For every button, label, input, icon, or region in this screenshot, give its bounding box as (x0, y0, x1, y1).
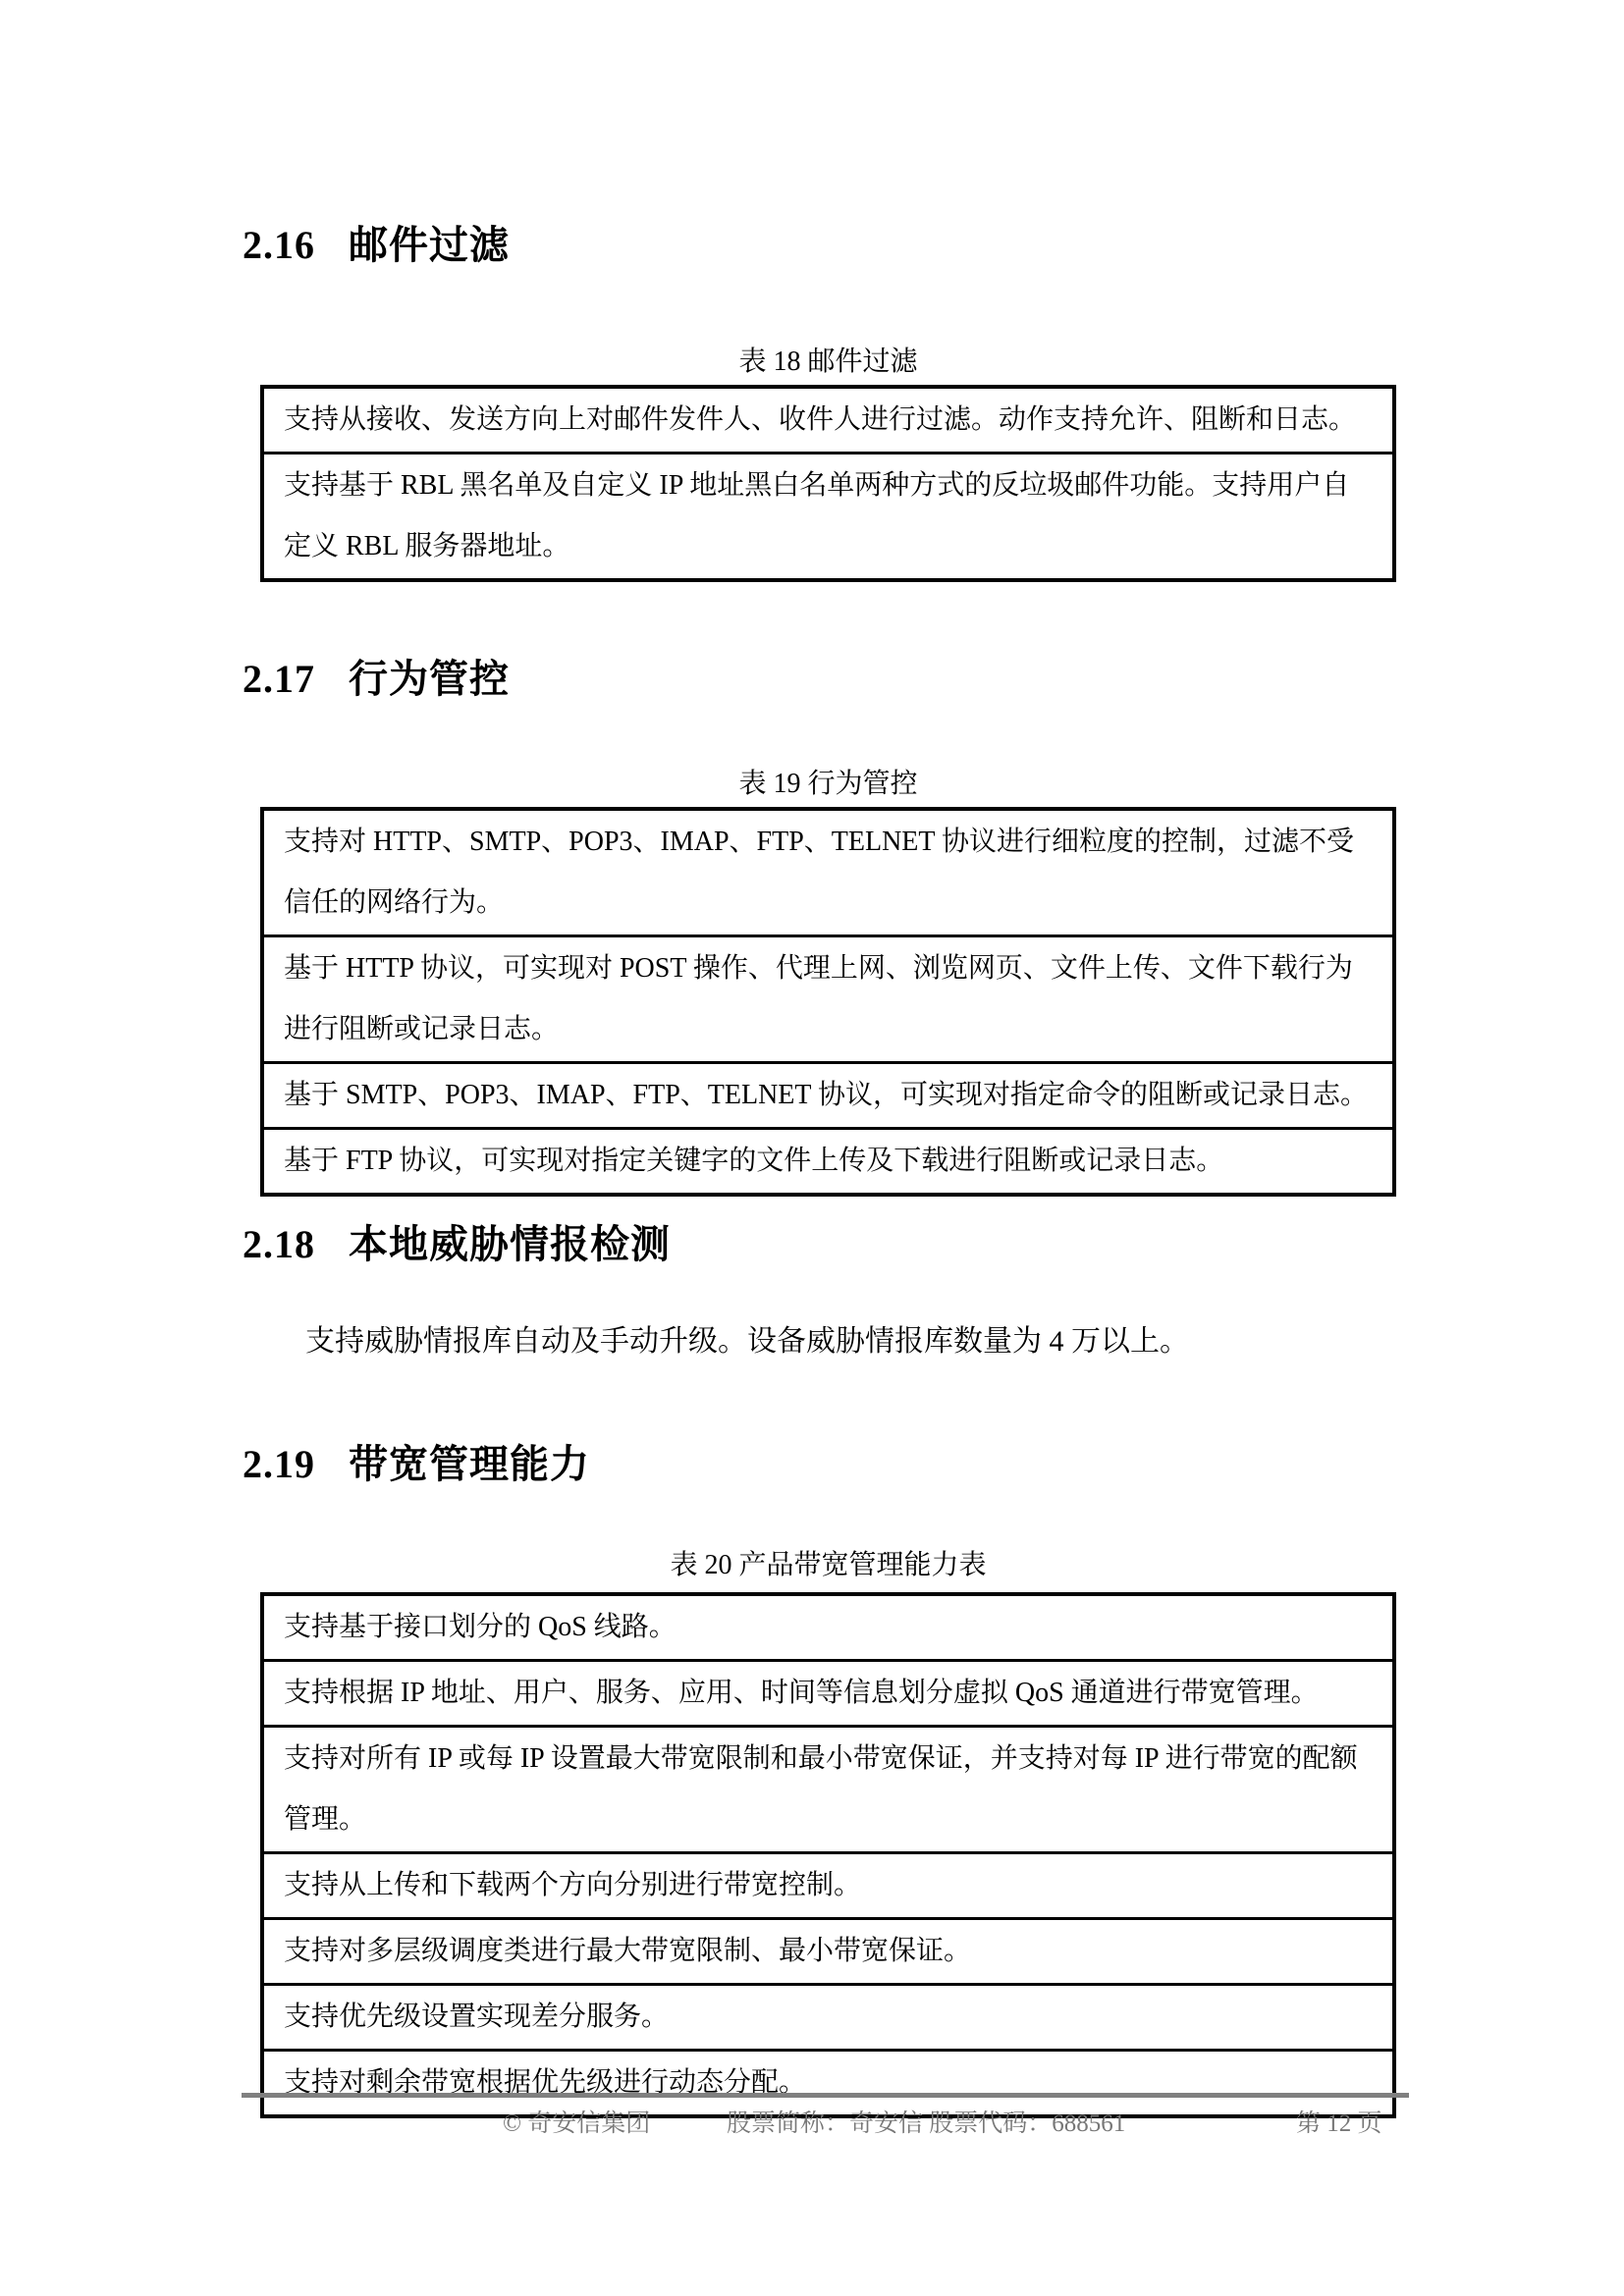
table-20-caption: 表 20 产品带宽管理能力表 (260, 1543, 1396, 1582)
table-row: 支持基于接口划分的 QoS 线路。 (264, 1596, 1392, 1659)
table-row: 支持从上传和下载两个方向分别进行带宽控制。 (264, 1851, 1392, 1917)
section-heading-2-17: 2.17行为管控 (243, 648, 510, 704)
document-page: 2.16邮件过滤 表 18 邮件过滤 支持从接收、发送方向上对邮件发件人、收件人… (0, 0, 1624, 2296)
footer-stock-info: 股票简称：奇安信 股票代码：688561 (727, 2104, 1125, 2139)
section-heading-2-16: 2.16邮件过滤 (243, 214, 510, 270)
table-row: 基于 SMTP、POP3、IMAP、FTP、TELNET 协议，可实现对指定命令… (264, 1061, 1392, 1127)
table-row: 支持根据 IP 地址、用户、服务、应用、时间等信息划分虚拟 QoS 通道进行带宽… (264, 1659, 1392, 1725)
table-18-caption: 表 18 邮件过滤 (260, 340, 1396, 379)
table-row: 基于 FTP 协议，可实现对指定关键字的文件上传及下载进行阻断或记录日志。 (264, 1127, 1392, 1193)
table-18: 支持从接收、发送方向上对邮件发件人、收件人进行过滤。动作支持允许、阻断和日志。 … (260, 385, 1396, 582)
section-title: 带宽管理能力 (349, 1442, 590, 1486)
section-title: 行为管控 (349, 657, 510, 701)
table-row: 支持对 HTTP、SMTP、POP3、IMAP、FTP、TELNET 协议进行细… (264, 811, 1392, 934)
section-number: 2.17 (243, 657, 315, 701)
section-title: 本地威胁情报检测 (349, 1222, 671, 1266)
threat-intel-paragraph: 支持威胁情报库自动及手动升级。设备威胁情报库数量为 4 万以上。 (243, 1319, 1401, 1364)
table-row: 支持对所有 IP 或每 IP 设置最大带宽限制和最小带宽保证，并支持对每 IP … (264, 1725, 1392, 1851)
table-20: 支持基于接口划分的 QoS 线路。 支持根据 IP 地址、用户、服务、应用、时间… (260, 1592, 1396, 2118)
section-number: 2.18 (243, 1222, 315, 1266)
table-row: 基于 HTTP 协议，可实现对 POST 操作、代理上网、浏览网页、文件上传、文… (264, 934, 1392, 1061)
section-heading-2-19: 2.19带宽管理能力 (243, 1433, 590, 1489)
table-row: 支持基于 RBL 黑名单及自定义 IP 地址黑白名单两种方式的反垃圾邮件功能。支… (264, 452, 1392, 578)
footer-divider (242, 2093, 1409, 2098)
table-19: 支持对 HTTP、SMTP、POP3、IMAP、FTP、TELNET 协议进行细… (260, 807, 1396, 1197)
section-title: 邮件过滤 (349, 223, 510, 267)
table-row: 支持从接收、发送方向上对邮件发件人、收件人进行过滤。动作支持允许、阻断和日志。 (264, 389, 1392, 452)
section-number: 2.19 (243, 1442, 315, 1486)
section-heading-2-18: 2.18本地威胁情报检测 (243, 1213, 671, 1269)
table-row: 支持对多层级调度类进行最大带宽限制、最小带宽保证。 (264, 1917, 1392, 1983)
section-number: 2.16 (243, 223, 315, 267)
footer-copyright: © 奇安信集团 (503, 2104, 650, 2139)
footer-page-number: 第 12 页 (1296, 2104, 1382, 2139)
table-19-caption: 表 19 行为管控 (260, 762, 1396, 801)
table-row: 支持优先级设置实现差分服务。 (264, 1983, 1392, 2049)
